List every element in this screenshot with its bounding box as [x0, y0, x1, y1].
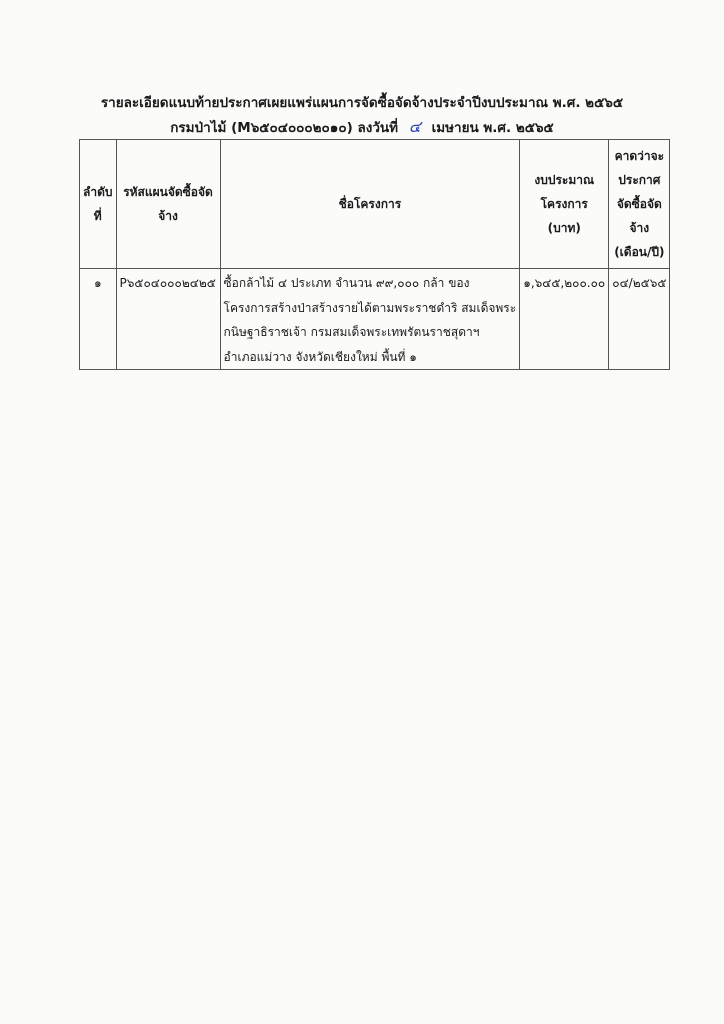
procurement-plan-table: ลำดับที่ รหัสแผนจัดซื้อจัดจ้าง ชื่อโครงก…: [79, 139, 670, 370]
header-project-name: ชื่อโครงการ: [220, 140, 520, 269]
cell-plan-code: P๖๕๐๔๐๐๐๒๔๒๕: [116, 269, 220, 370]
subtitle-prefix: กรมป่าไม้ (M๖๕๐๔๐๐๐๒๐๑๐) ลงวันที่: [170, 120, 398, 136]
table-header-row: ลำดับที่ รหัสแผนจัดซื้อจัดจ้าง ชื่อโครงก…: [80, 140, 670, 269]
table-row: ๑ P๖๕๐๔๐๐๐๒๔๒๕ ซื้อกล้าไม้ ๔ ประเภท จำนว…: [80, 269, 670, 370]
cell-project-name: ซื้อกล้าไม้ ๔ ประเภท จำนวน ๙๙,๐๐๐ กล้า ข…: [220, 269, 520, 370]
handwritten-day: ๔: [409, 117, 421, 136]
cell-expected-date: ๐๔/๒๕๖๕: [609, 269, 670, 370]
cell-no: ๑: [80, 269, 117, 370]
document-title: รายละเอียดแนบท้ายประกาศเผยแพร่แผนการจัดซ…: [0, 91, 724, 113]
subtitle-suffix: เมษายน พ.ศ. ๒๕๖๕: [432, 120, 554, 136]
document-subtitle: กรมป่าไม้ (M๖๕๐๔๐๐๐๒๐๑๐) ลงวันที่ ๔ เมษา…: [0, 115, 724, 140]
header-plan-code: รหัสแผนจัดซื้อจัดจ้าง: [116, 140, 220, 269]
cell-budget: ๑,๖๔๕,๒๐๐.๐๐: [520, 269, 609, 370]
header-no: ลำดับที่: [80, 140, 117, 269]
header-budget: งบประมาณโครงการ(บาท): [520, 140, 609, 269]
header-expected-date: คาดว่าจะประกาศจัดซื้อจัดจ้าง(เดือน/ปี): [609, 140, 670, 269]
